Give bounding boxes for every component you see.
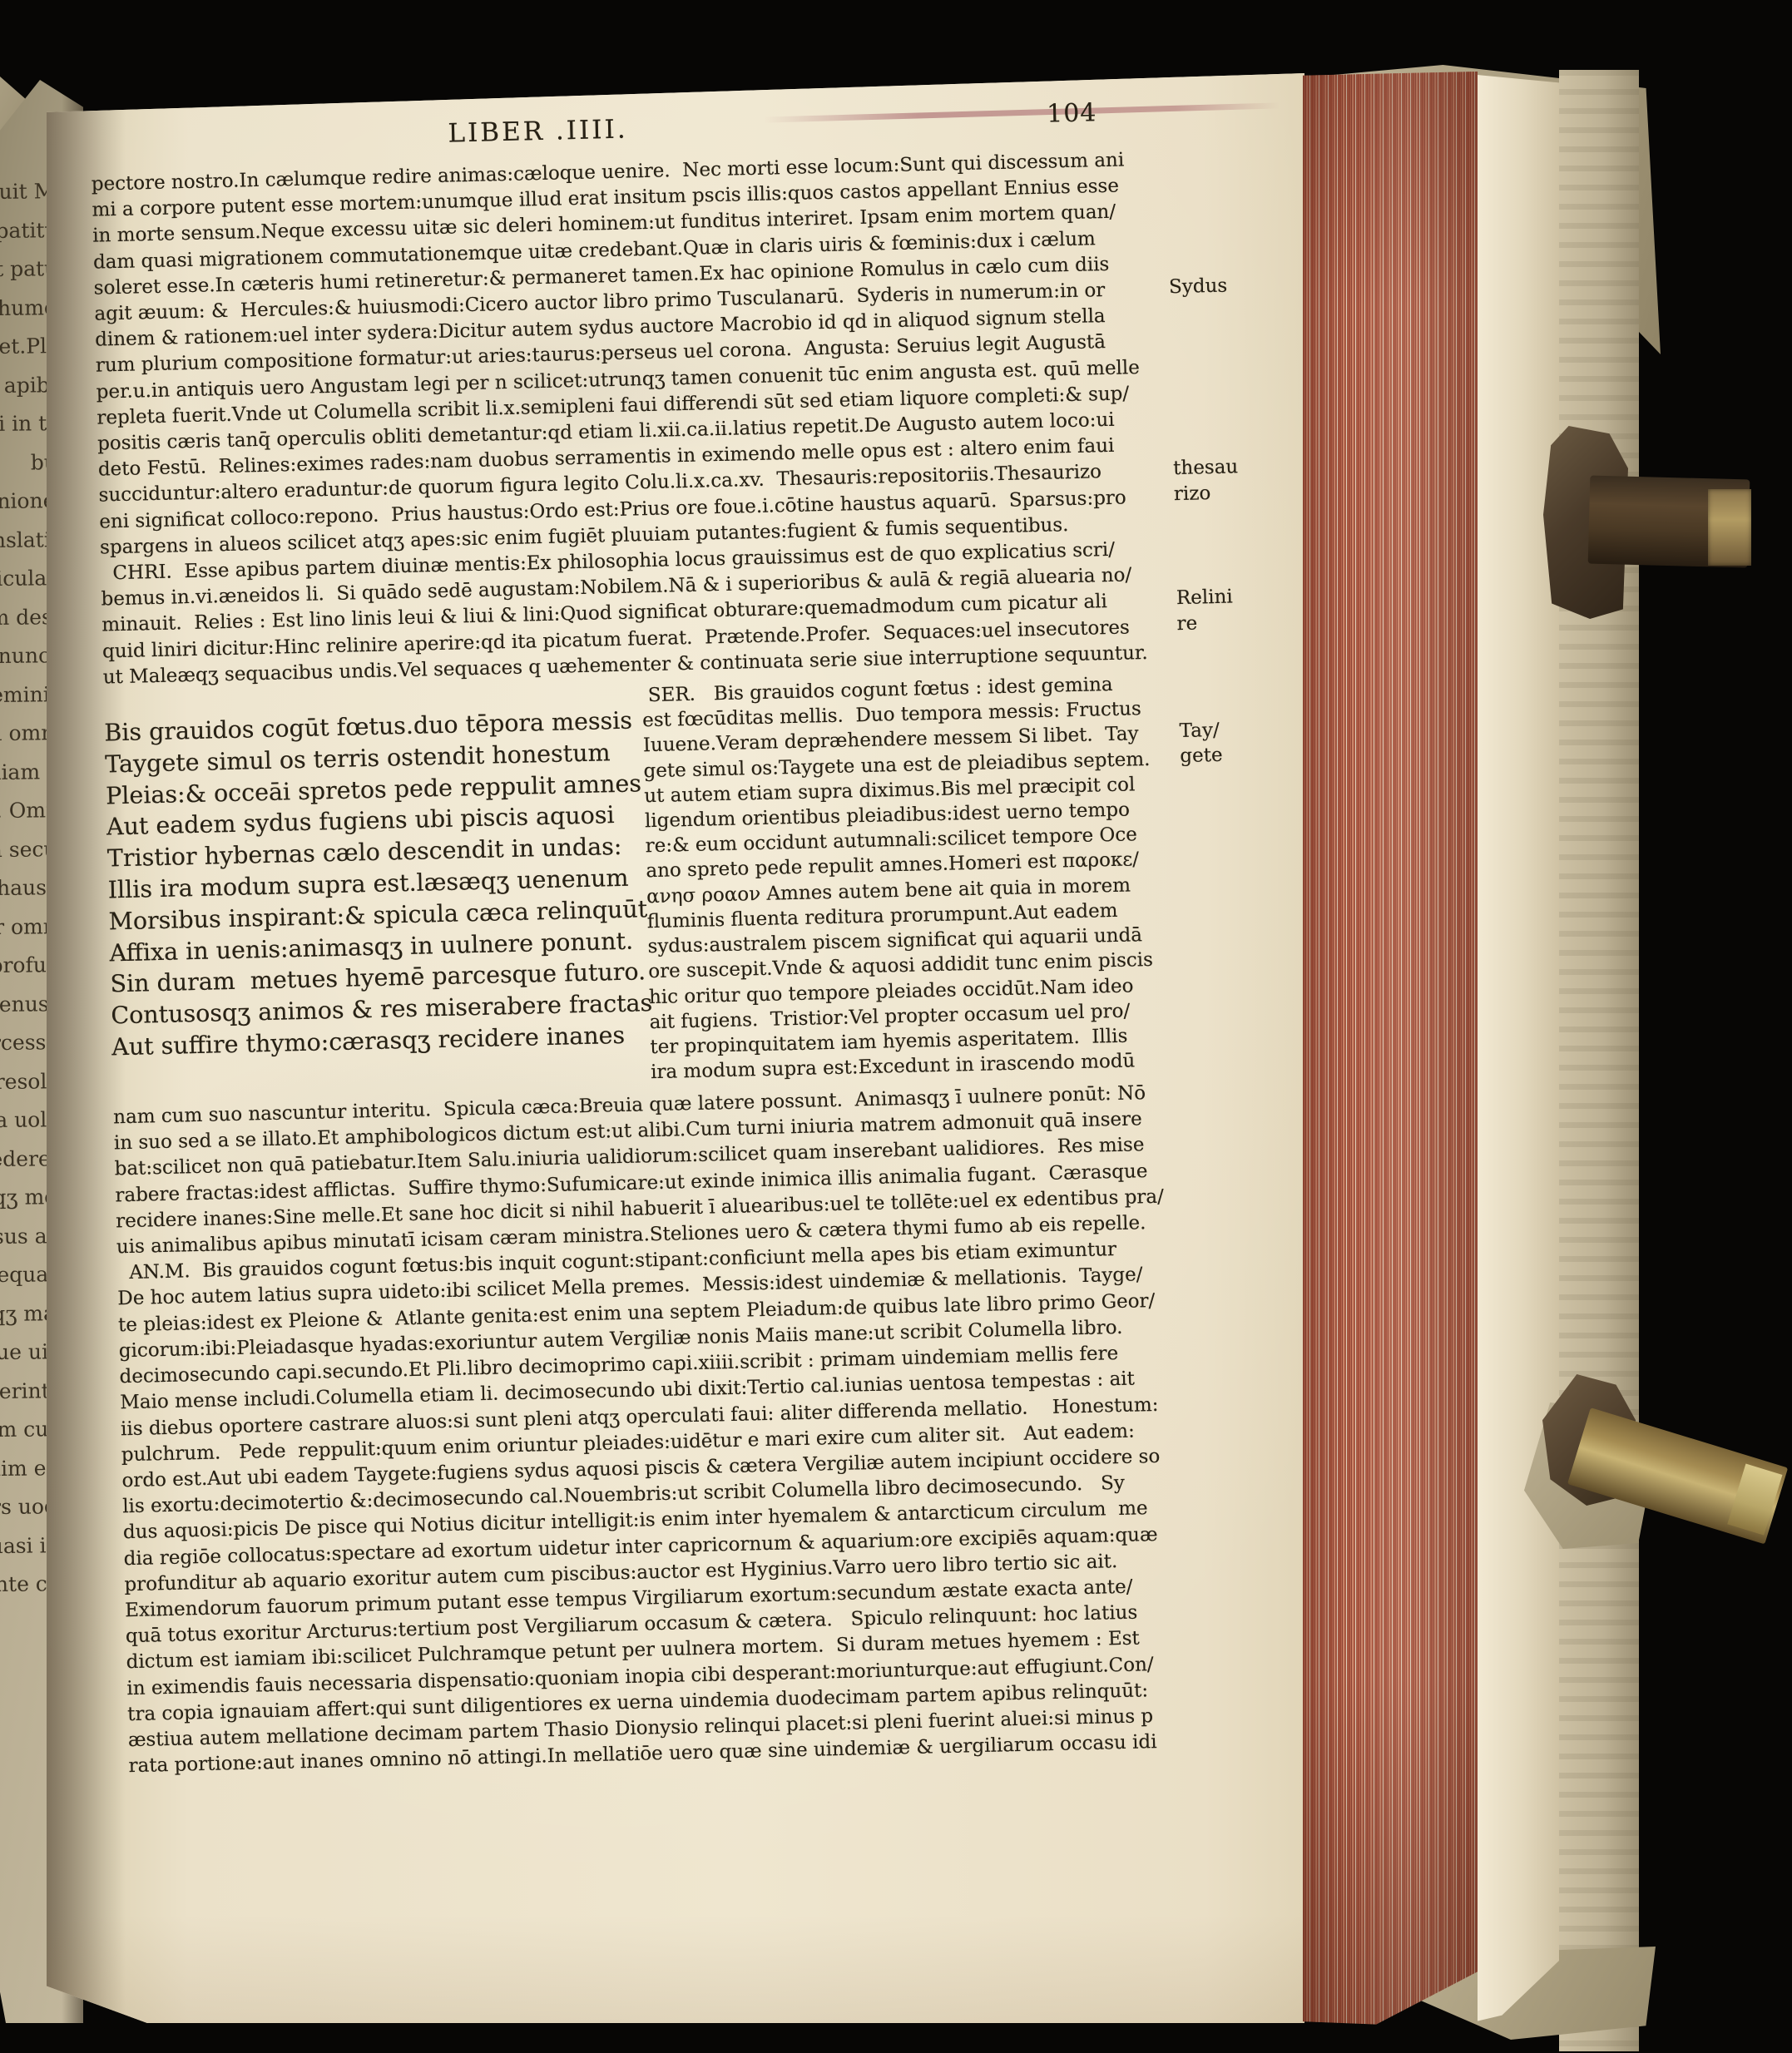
book-clasp-lower	[1524, 1364, 1782, 1589]
parchment-cover-edge	[1559, 70, 1639, 2051]
red-stained-fore-edge	[1303, 72, 1478, 2026]
commentary-bottom-block: nam cum suo nascuntur interitu. Spicula …	[113, 1078, 1265, 1779]
verse-quotation-georgics: Bis grauidos cogūt fœtus.duo tēpora mess…	[103, 683, 651, 1105]
servius-commentary-column: SER. Bis grauidos cogunt fœtus : idest g…	[641, 669, 1248, 1092]
two-column-section: Bis grauidos cogūt fœtus.duo tēpora mess…	[103, 669, 1248, 1105]
photo-backdrop: iquit Mirnon patitur.unt ut patuitgem hu…	[0, 0, 1792, 2053]
page-number: 104	[1047, 98, 1097, 128]
book-recto-page: LIBER .IIII. 104 pectore nostro.In cælum…	[47, 73, 1304, 2023]
margin-note: Sydus	[1169, 275, 1228, 299]
margin-note: Tay/	[1179, 720, 1220, 742]
margin-note: thesau	[1173, 456, 1239, 479]
margin-note: re	[1176, 613, 1197, 636]
printed-text-block: LIBER .IIII. 104 pectore nostro.In cælum…	[90, 94, 1265, 1780]
margin-note: gete	[1180, 745, 1223, 767]
book-clasp-upper	[1543, 426, 1760, 626]
commentary-top-block: pectore nostro.In cælumque redire animas…	[91, 146, 1238, 691]
running-title: LIBER .IIII.	[448, 114, 628, 148]
clasp-brass-fitting	[1708, 489, 1751, 566]
margin-note: rizo	[1174, 482, 1211, 505]
page-edge-strip	[1478, 75, 1559, 2023]
margin-note: Relini	[1176, 586, 1233, 610]
